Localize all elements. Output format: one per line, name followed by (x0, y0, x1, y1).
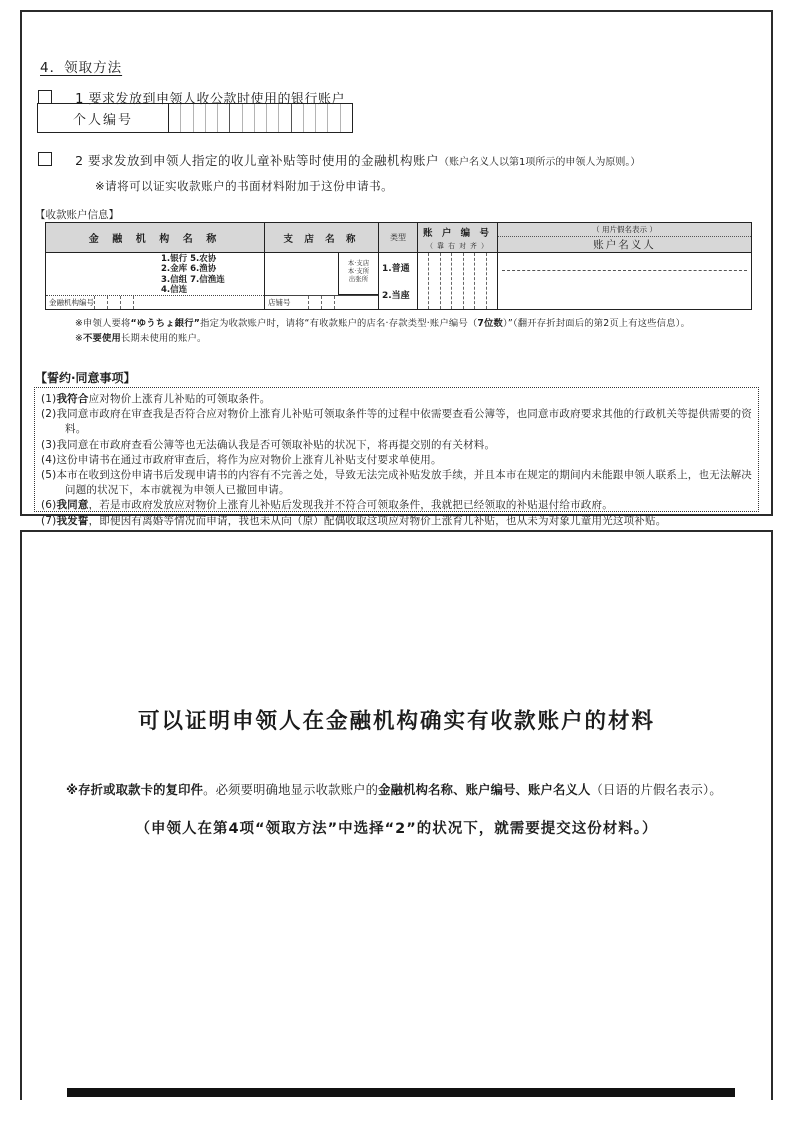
unused-account-note: ※不要使用长期未使用的账户。 (75, 330, 206, 344)
agreement-title: 【誓约·同意事项】 (35, 369, 136, 386)
attachment-condition: （申领人在第4项“领取方法”中选择“2”的状况下，就需要提交这份材料。） (22, 817, 771, 838)
cell-branch-name[interactable]: 本·支店 本·支所 出张所 店铺号 (265, 253, 379, 309)
page-bottom-bar (67, 1088, 735, 1097)
attach-document-note: ※请将可以证实收款账户的书面材料附加于这份申请书。 (95, 178, 393, 194)
header-branch-name: 支 店 名 称 (265, 223, 379, 252)
digit-cell[interactable] (193, 104, 205, 132)
bank-code-subrow: 金融机构编号 (46, 295, 264, 309)
header-holder-label: 账户名义人 (498, 237, 751, 252)
branch-number-cell[interactable] (321, 296, 334, 309)
branch-type-options: 本·支店 本·支所 出张所 (338, 253, 378, 295)
attachment-heading: 可以证明申领人在金融机构确实有收款账户的材料 (22, 704, 771, 735)
agreement-item: (7)我发誓，即便因有离婚等情况而申请，我也未从向（原）配偶收取这项应对物价上涨… (41, 514, 752, 529)
account-type-ordinary[interactable]: 1.普通 (382, 261, 410, 274)
personal-number-box: 个人编号 (37, 103, 353, 133)
branch-number-cell[interactable] (308, 296, 321, 309)
bank-code-cell[interactable] (94, 296, 107, 309)
account-type-current[interactable]: 2.当座 (382, 288, 410, 301)
option2-number: 2 (75, 153, 83, 168)
branch-number-label: 店铺号 (265, 296, 308, 309)
option2-row: 2 要求发放到申领人指定的收儿童补贴等时使用的金融机构账户（账户名义人以第1项所… (38, 150, 640, 169)
attachment-section: 可以证明申领人在金融机构确实有收款账户的材料 ※存折或取款卡的复印件。必须要明确… (20, 530, 773, 1100)
digit-cell[interactable] (291, 104, 303, 132)
personal-number-label: 个人编号 (38, 104, 169, 132)
account-digit-cell[interactable] (451, 253, 462, 309)
branch-number-subrow: 店铺号 (265, 295, 378, 309)
agreement-item: (5)本市在收到这份申请书后发现申请书的内容有不完善之处，导致无法完成补贴发放手… (41, 468, 752, 498)
digit-cell[interactable] (315, 104, 327, 132)
option2-label: 2 要求发放到申领人指定的收儿童补贴等时使用的金融机构账户（账户名义人以第1项所… (75, 153, 640, 168)
digit-cell[interactable] (169, 104, 180, 132)
option2-checkbox[interactable] (38, 152, 52, 166)
katakana-writing-line (502, 270, 747, 271)
cell-bank-name[interactable]: 1.银行 5.农协 2.金库 6.渔协 3.信组 7.信渔连 4.信连 金融机构… (46, 253, 265, 309)
account-digit-cell[interactable] (463, 253, 474, 309)
option2-note: （账户名义人以第1项所示的申领人为原则。） (439, 157, 640, 168)
section4-heading: 4．领取方法 (40, 56, 122, 76)
bank-code-cell[interactable] (107, 296, 120, 309)
header-katakana-note: （ 用片假名表示 ） (498, 223, 751, 237)
cell-account-type[interactable]: 1.普通 2.当座 (379, 253, 418, 309)
account-table-header: 金 融 机 构 名 称 支 店 名 称 类型 账 户 编 号 （ 靠 右 对 齐… (46, 223, 751, 253)
digit-cell[interactable] (205, 104, 217, 132)
option2-text: 要求发放到申领人指定的收儿童补贴等时使用的金融机构账户 (88, 153, 439, 168)
bank-code-cell[interactable] (120, 296, 133, 309)
digit-cell[interactable] (229, 104, 241, 132)
agreement-item: (2)我同意市政府在审查我是否符合应对物价上涨育儿补贴可领取条件等的过程中依需要… (41, 407, 752, 437)
agreement-item: (4)这份申请书在通过市政府审查后，将作为应对物价上涨育儿补贴支付要求单使用。 (41, 453, 752, 468)
option1-checkbox[interactable] (38, 90, 52, 104)
digit-cell[interactable] (327, 104, 339, 132)
header-account-holder: （ 用片假名表示 ） 账户名义人 (498, 223, 751, 252)
digit-cell[interactable] (278, 104, 290, 132)
cell-account-number[interactable] (418, 253, 498, 309)
branch-number-cell[interactable] (334, 296, 347, 309)
digit-cell[interactable] (266, 104, 278, 132)
account-table-body: 1.银行 5.农协 2.金库 6.渔协 3.信组 7.信渔连 4.信连 金融机构… (46, 253, 751, 309)
attachment-note: ※存折或取款卡的复印件。必须要明确地显示收款账户的金融机构名称、账户编号、账户名… (66, 780, 760, 798)
payment-method-section: 4．领取方法 1 要求发放到申领人收公款时使用的银行账户 个人编号 2 (20, 10, 773, 516)
agreement-item: (1)我符合应对物价上涨育儿补贴的可领取条件。 (41, 392, 752, 407)
digit-cell[interactable] (303, 104, 315, 132)
account-digit-cell[interactable] (474, 253, 485, 309)
bank-code-cell[interactable] (133, 296, 146, 309)
header-account-type: 类型 (379, 223, 418, 252)
header-account-number: 账 户 编 号 （ 靠 右 对 齐 ） (418, 223, 498, 252)
digit-cell[interactable] (217, 104, 229, 132)
account-digit-cell[interactable] (440, 253, 451, 309)
account-digit-cell[interactable] (418, 253, 428, 309)
agreement-item: (6)我同意，若是市政府发放应对物价上涨育儿补贴后发现我并不符合可领取条件，我就… (41, 498, 752, 513)
account-info-title: 【收款账户信息】 (35, 207, 119, 222)
bank-type-options: 1.银行 5.农协 2.金库 6.渔协 3.信组 7.信渔连 4.信连 (161, 254, 225, 295)
personal-number-grid[interactable] (169, 104, 352, 132)
account-table: 金 融 机 构 名 称 支 店 名 称 类型 账 户 编 号 （ 靠 右 对 齐… (45, 222, 752, 310)
header-bank-name: 金 融 机 构 名 称 (46, 223, 265, 252)
digit-cell[interactable] (340, 104, 352, 132)
digit-cell[interactable] (180, 104, 192, 132)
bank-code-label: 金融机构编号 (46, 296, 94, 309)
cell-account-holder[interactable] (498, 253, 751, 309)
digit-cell[interactable] (254, 104, 266, 132)
digit-cell[interactable] (242, 104, 254, 132)
account-digit-cell[interactable] (428, 253, 439, 309)
agreement-box: (1)我符合应对物价上涨育儿补贴的可领取条件。 (2)我同意市政府在审查我是否符… (34, 387, 759, 512)
account-digit-cell[interactable] (486, 253, 497, 309)
yucho-note: ※申领人要将“ゆうちょ銀行”指定为收款账户时，请将“有收款账户的店名·存款类型·… (75, 315, 690, 329)
agreement-item: (3)我同意在市政府查看公簿等也无法确认我是否可领取补贴的状况下，将再提交别的有… (41, 438, 752, 453)
